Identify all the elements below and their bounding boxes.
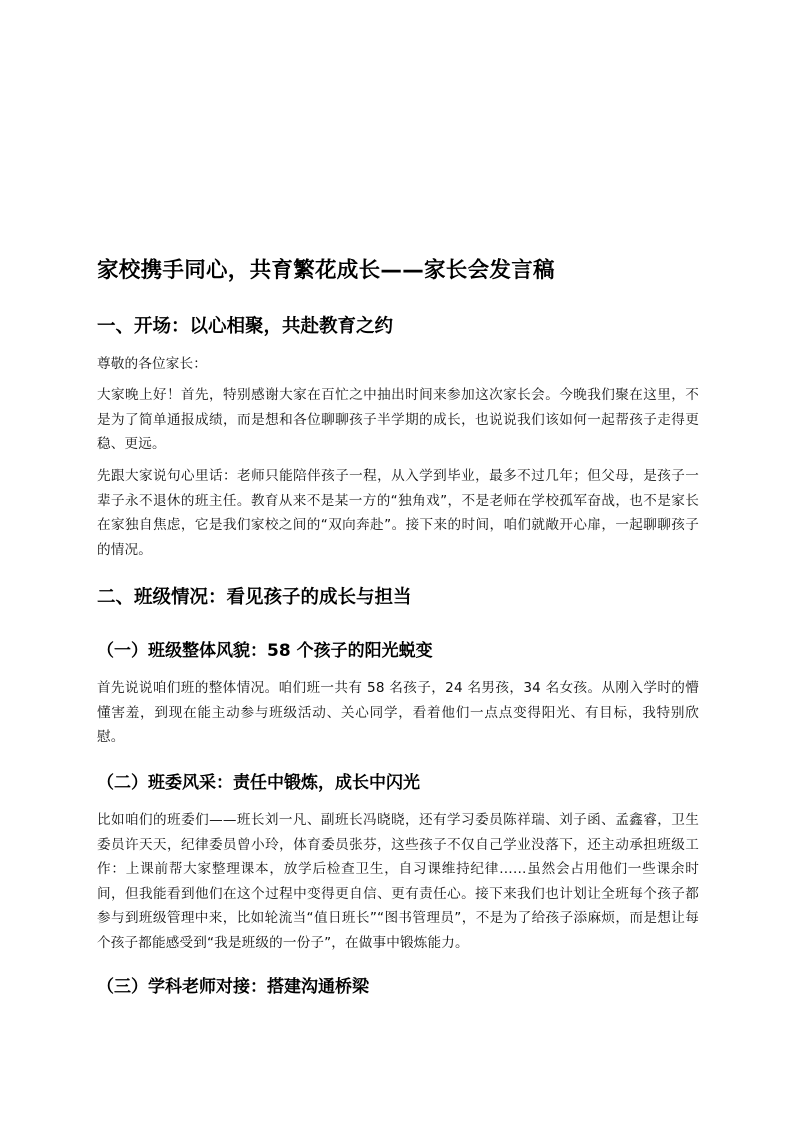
- paragraph-class-committee: 比如咱们的班委们——班长刘一凡、副班长冯晓晓，还有学习委员陈祥瑞、刘子函、孟鑫睿…: [97, 808, 699, 955]
- subsection-heading-class-committee: （二）班委风采：责任中锻炼，成长中闪光: [97, 771, 420, 795]
- subsection-heading-class-overview: （一）班级整体风貌：58 个孩子的阳光蜕变: [97, 639, 433, 663]
- subsection-heading-subject-teachers: （三）学科老师对接：搭建沟通桥梁: [97, 975, 369, 999]
- document-title: 家校携手同心，共育繁花成长——家长会发言稿: [97, 257, 717, 285]
- section-heading-opening: 一、开场：以心相聚，共赴教育之约: [97, 314, 393, 340]
- paragraph-heart-words: 先跟大家说句心里话：老师只能陪伴孩子一程，从入学到毕业，最多不过几年；但父母，是…: [97, 464, 699, 562]
- paragraph-greeting: 大家晚上好！首先，特别感谢大家在百忙之中抽出时间来参加这次家长会。今晚我们聚在这…: [97, 383, 699, 457]
- paragraph-salutation: 尊敬的各位家长：: [97, 352, 699, 377]
- section-heading-class-situation: 二、班级情况：看见孩子的成长与担当: [97, 585, 412, 611]
- paragraph-class-overview: 首先说说咱们班的整体情况。咱们班一共有 58 名孩子，24 名男孩，34 名女孩…: [97, 676, 699, 750]
